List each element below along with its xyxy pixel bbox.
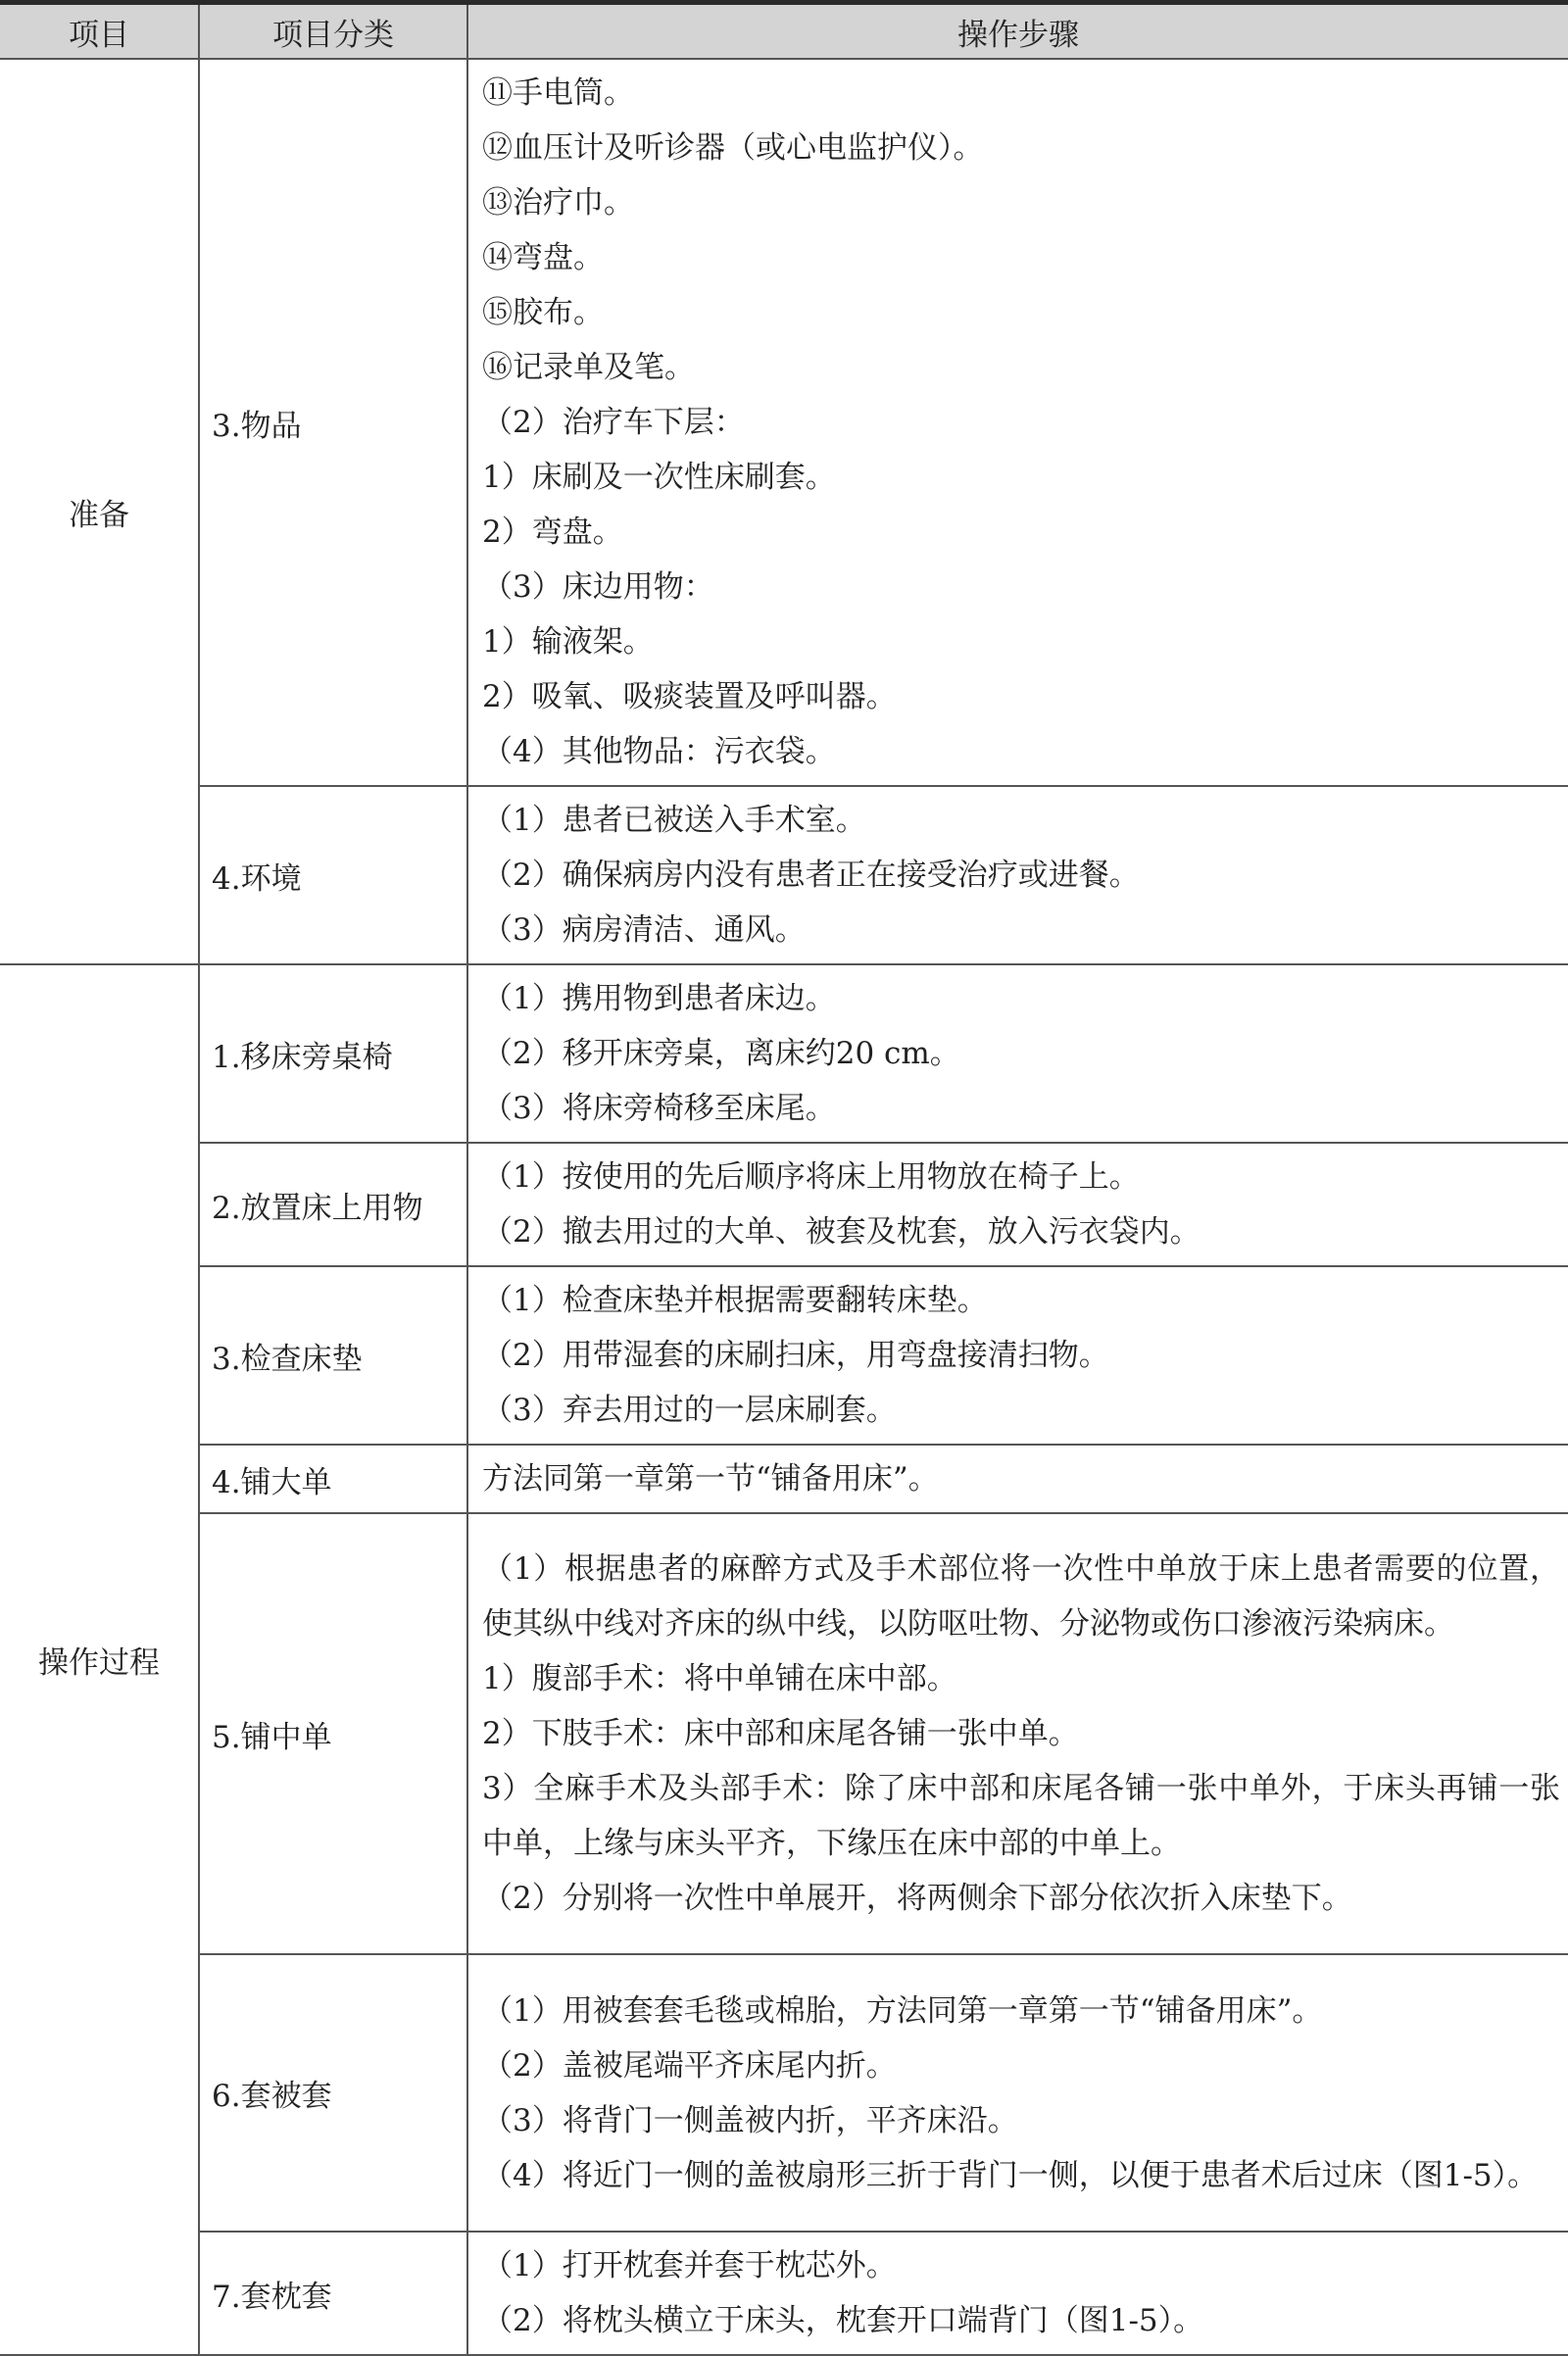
table-row: 3.检查床垫 （1）检查床垫并根据需要翻转床垫。 （2）用带湿套的床刷扫床，用弯… (0, 1266, 1568, 1445)
subcategory-cell: 7.套枕套 (199, 2232, 467, 2281)
step-line: 1）床刷及一次性床刷套。 (482, 450, 1560, 505)
table-row: 6.套被套 （1）用被套套毛毯或棉胎，方法同第一章第一节“铺备用床”。 （2）盖… (0, 1954, 1568, 2232)
steps-cell: （1）按使用的先后顺序将床上用物放在椅子上。 （2）撤去用过的大单、被套及枕套，… (467, 1143, 1568, 1266)
step-line: 方法同第一章第一节“铺备用床”。 (482, 1451, 1560, 1506)
step-line: （1）患者已被送入手术室。 (482, 793, 1560, 848)
step-line: （1）按使用的先后顺序将床上用物放在椅子上。 (482, 1150, 1560, 1204)
steps-cell: （1）用被套套毛毯或棉胎，方法同第一章第一节“铺备用床”。 （2）盖被尾端平齐床… (467, 1954, 1568, 2232)
table-row: 7.套枕套 （1）打开枕套并套于枕芯外。 （2）将枕头横立于床头，枕套开口端背门… (0, 2232, 1568, 2281)
table-row: 5.铺中单 （1）根据患者的麻醉方式及手术部位将一次性中单放于床上患者需要的位置… (0, 1513, 1568, 1954)
step-line: 2）弯盘。 (482, 505, 1560, 560)
step-line: 1）腹部手术：将中单铺在床中部。 (482, 1651, 1560, 1706)
step-line: ⑫血压计及听诊器（或心电监护仪）。 (482, 121, 1560, 175)
header-row: 项目 项目分类 操作步骤 (0, 3, 1568, 60)
table-row: 准备 3.物品 ⑪手电筒。 ⑫血压计及听诊器（或心电监护仪）。 ⑬治疗巾。 ⑭弯… (0, 59, 1568, 786)
step-line: （2）确保病房内没有患者正在接受治疗或进餐。 (482, 848, 1560, 903)
header-item: 项目 (0, 3, 199, 60)
steps-cell: ⑪手电筒。 ⑫血压计及听诊器（或心电监护仪）。 ⑬治疗巾。 ⑭弯盘。 ⑮胶布。 … (467, 59, 1568, 786)
table-row: 4.铺大单 方法同第一章第一节“铺备用床”。 (0, 1445, 1568, 1513)
step-line: ⑮胶布。 (482, 285, 1560, 340)
subcategory-cell: 2.放置床上用物 (199, 1143, 467, 1266)
category-cell: 操作过程 (0, 964, 199, 2281)
step-line: （1）打开枕套并套于枕芯外。 (482, 2238, 1560, 2281)
step-line: （3）床边用物： (482, 560, 1560, 614)
subcategory-cell: 6.套被套 (199, 1954, 467, 2232)
step-line: （2）移开床旁桌，离床约20 cm。 (482, 1026, 1560, 1081)
steps-cell: 方法同第一章第一节“铺备用床”。 (467, 1445, 1568, 1513)
table-row: 操作过程 1.移床旁桌椅 （1）携用物到患者床边。 （2）移开床旁桌，离床约20… (0, 964, 1568, 1143)
table-row: 4.环境 （1）患者已被送入手术室。 （2）确保病房内没有患者正在接受治疗或进餐… (0, 786, 1568, 964)
subcategory-cell: 4.环境 (199, 786, 467, 964)
step-line: 1）输液架。 (482, 614, 1560, 669)
step-line: （3）将床旁椅移至床尾。 (482, 1081, 1560, 1136)
step-line: ⑯记录单及笔。 (482, 340, 1560, 395)
subcategory-cell: 3.物品 (199, 59, 467, 786)
step-line: （1）检查床垫并根据需要翻转床垫。 (482, 1273, 1560, 1328)
steps-cell: （1）打开枕套并套于枕芯外。 （2）将枕头横立于床头，枕套开口端背门（图1-5）… (467, 2232, 1568, 2281)
step-line: （4）其他物品：污衣袋。 (482, 724, 1560, 779)
steps-cell: （1）携用物到患者床边。 （2）移开床旁桌，离床约20 cm。 （3）将床旁椅移… (467, 964, 1568, 1143)
category-cell: 准备 (0, 59, 199, 964)
step-line: （2）治疗车下层： (482, 395, 1560, 450)
step-line: （2）分别将一次性中单展开，将两侧余下部分依次折入床垫下。 (482, 1871, 1560, 1926)
header-steps: 操作步骤 (467, 3, 1568, 60)
step-line: 2）下肢手术：床中部和床尾各铺一张中单。 (482, 1706, 1560, 1761)
step-line: （3）病房清洁、通风。 (482, 903, 1560, 957)
step-line: ⑪手电筒。 (482, 66, 1560, 121)
step-line: （1）根据患者的麻醉方式及手术部位将一次性中单放于床上患者需要的位置，使其纵中线… (482, 1542, 1560, 1651)
step-line: （2）撤去用过的大单、被套及枕套，放入污衣袋内。 (482, 1204, 1560, 1259)
step-line: ⑬治疗巾。 (482, 175, 1560, 230)
subcategory-cell: 4.铺大单 (199, 1445, 467, 1513)
procedure-table: 项目 项目分类 操作步骤 准备 3.物品 ⑪手电筒。 ⑫血压计及听诊器（或心电监… (0, 0, 1568, 2281)
subcategory-cell: 1.移床旁桌椅 (199, 964, 467, 1143)
steps-cell: （1）检查床垫并根据需要翻转床垫。 （2）用带湿套的床刷扫床，用弯盘接清扫物。 … (467, 1266, 1568, 1445)
steps-cell: （1）根据患者的麻醉方式及手术部位将一次性中单放于床上患者需要的位置，使其纵中线… (467, 1513, 1568, 1954)
step-line: 2）吸氧、吸痰装置及呼叫器。 (482, 669, 1560, 724)
step-line: （1）用被套套毛毯或棉胎，方法同第一章第一节“铺备用床”。 (482, 1984, 1560, 2038)
table-row: 2.放置床上用物 （1）按使用的先后顺序将床上用物放在椅子上。 （2）撤去用过的… (0, 1143, 1568, 1266)
step-line: ⑭弯盘。 (482, 230, 1560, 285)
step-line: （2）用带湿套的床刷扫床，用弯盘接清扫物。 (482, 1328, 1560, 1383)
step-line: （1）携用物到患者床边。 (482, 971, 1560, 1026)
header-category: 项目分类 (199, 3, 467, 60)
steps-cell: （1）患者已被送入手术室。 （2）确保病房内没有患者正在接受治疗或进餐。 （3）… (467, 786, 1568, 964)
step-line: （2）盖被尾端平齐床尾内折。 (482, 2038, 1560, 2093)
step-line: （3）弃去用过的一层床刷套。 (482, 1383, 1560, 1438)
subcategory-cell: 5.铺中单 (199, 1513, 467, 1954)
step-line: （3）将背门一侧盖被内折，平齐床沿。 (482, 2093, 1560, 2148)
step-line: （4）将近门一侧的盖被扇形三折于背门一侧，以便于患者术后过床（图1-5）。 (482, 2148, 1560, 2203)
subcategory-cell: 3.检查床垫 (199, 1266, 467, 1445)
step-line: 3）全麻手术及头部手术：除了床中部和床尾各铺一张中单外，于床头再铺一张中单，上缘… (482, 1761, 1560, 1871)
